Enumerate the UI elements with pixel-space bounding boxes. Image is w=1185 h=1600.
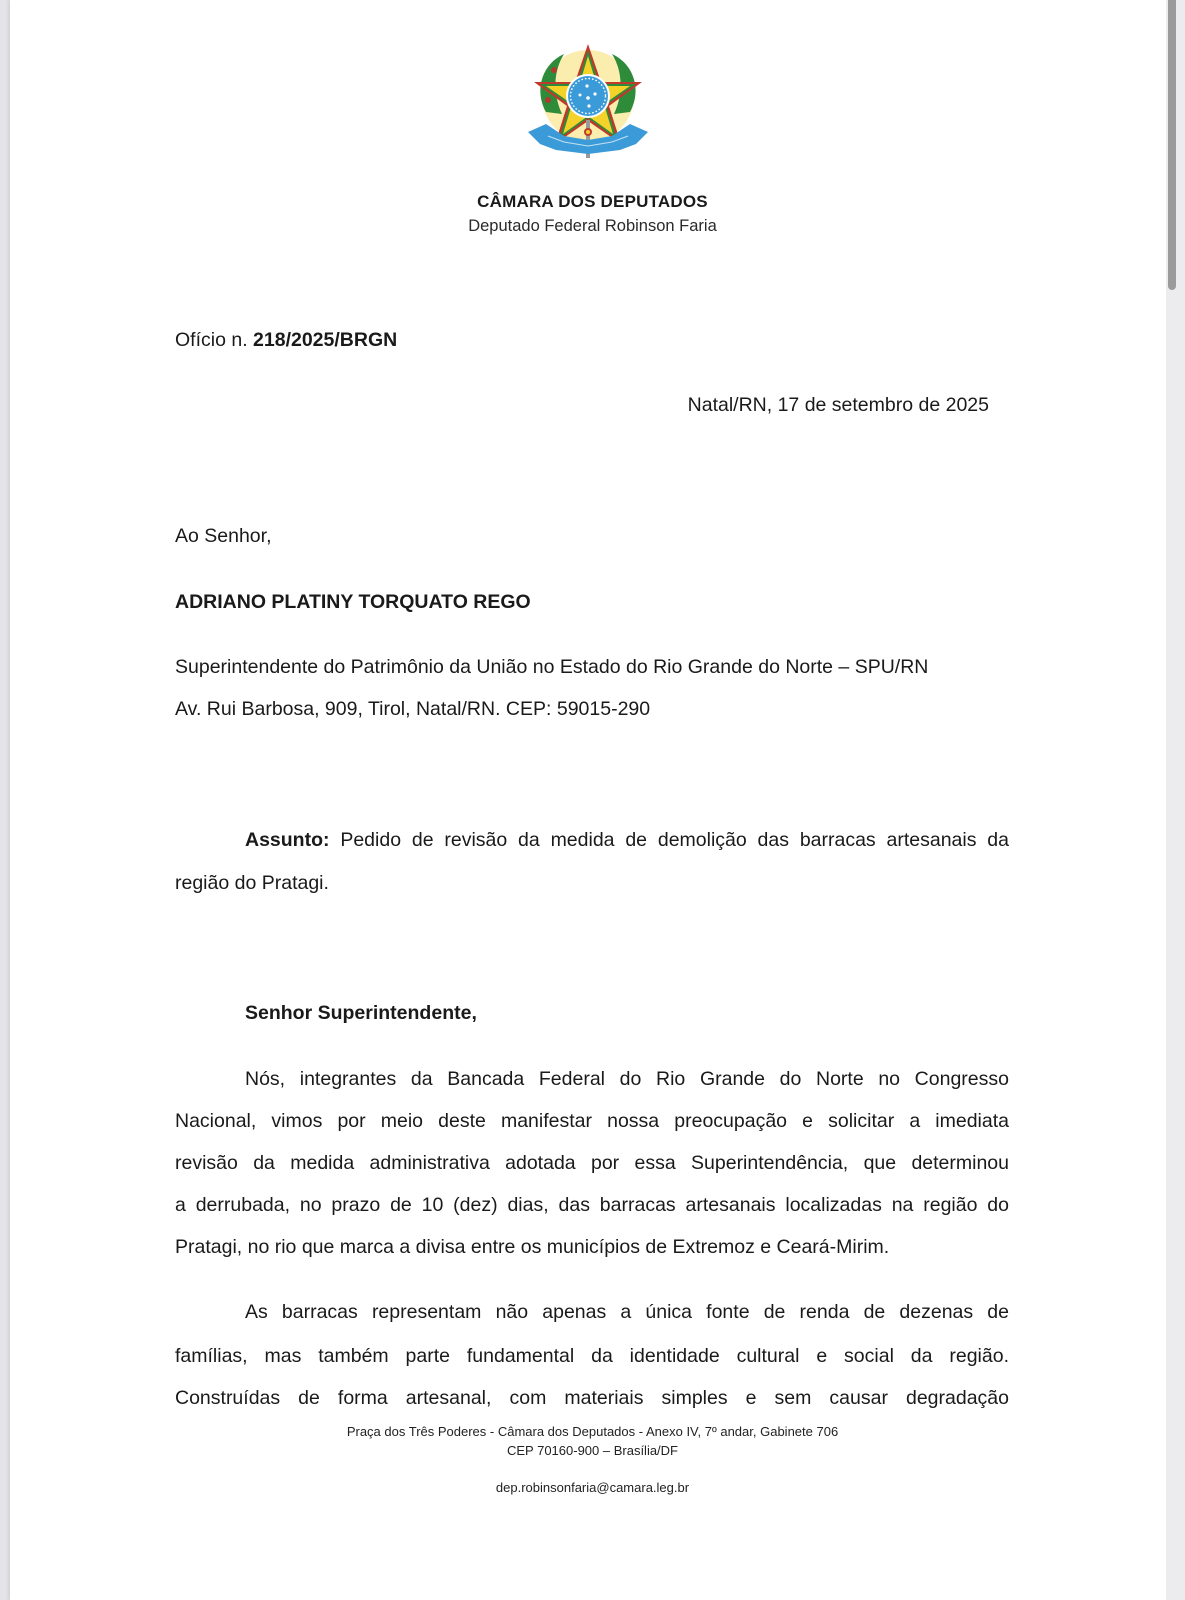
reference-number: Ofício n. 218/2025/BRGN (175, 329, 397, 351)
recipient-title: Superintendente do Patrimônio da União n… (175, 656, 928, 678)
office-holder: Deputado Federal Robinson Faria (0, 217, 1185, 236)
footer-email[interactable]: dep.robinsonfaria@camara.leg.br (0, 1480, 1185, 1495)
paragraph-1-line: Nós, integrantes da Bancada Federal do R… (245, 1068, 1009, 1090)
subject-text: Pedido de revisão da medida de demolição… (330, 829, 1010, 851)
subject-label: Assunto: (245, 829, 330, 851)
greeting: Senhor Superintendente, (245, 1002, 477, 1024)
salutation-to: Ao Senhor, (175, 525, 272, 547)
subject-line-2: região do Pratagi. (175, 872, 329, 894)
paragraph-1-line: Pratagi, no rio que marca a divisa entre… (175, 1236, 889, 1258)
footer-address-line-2: CEP 70160-900 – Brasília/DF (0, 1443, 1185, 1458)
footer-address-line-1: Praça dos Três Poderes - Câmara dos Depu… (0, 1424, 1185, 1439)
paragraph-1-line: Nacional, vimos por meio deste manifesta… (175, 1110, 1009, 1132)
coat-of-arms-icon (524, 40, 652, 166)
place-date: Natal/RN, 17 de setembro de 2025 (688, 394, 989, 416)
recipient-address: Av. Rui Barbosa, 909, Tirol, Natal/RN. C… (175, 698, 650, 720)
paragraph-2-line: Construídas de forma artesanal, com mate… (175, 1387, 1009, 1409)
subject-line: Assunto: Pedido de revisão da medida de … (245, 829, 1009, 851)
paragraph-1-line: a derrubada, no prazo de 10 (dez) dias, … (175, 1194, 1009, 1216)
paragraph-2-line: As barracas representam não apenas a úni… (245, 1301, 1009, 1323)
scrollbar-thumb[interactable] (1168, 0, 1176, 290)
reference-prefix: Ofício n. (175, 329, 253, 351)
institution-name: CÂMARA DOS DEPUTADOS (0, 192, 1185, 212)
recipient-name: ADRIANO PLATINY TORQUATO REGO (175, 591, 531, 613)
paragraph-2-line: famílias, mas também parte fundamental d… (175, 1345, 1009, 1367)
paragraph-1-line: revisão da medida administrativa adotada… (175, 1152, 1009, 1174)
reference-code: 218/2025/BRGN (253, 329, 397, 351)
